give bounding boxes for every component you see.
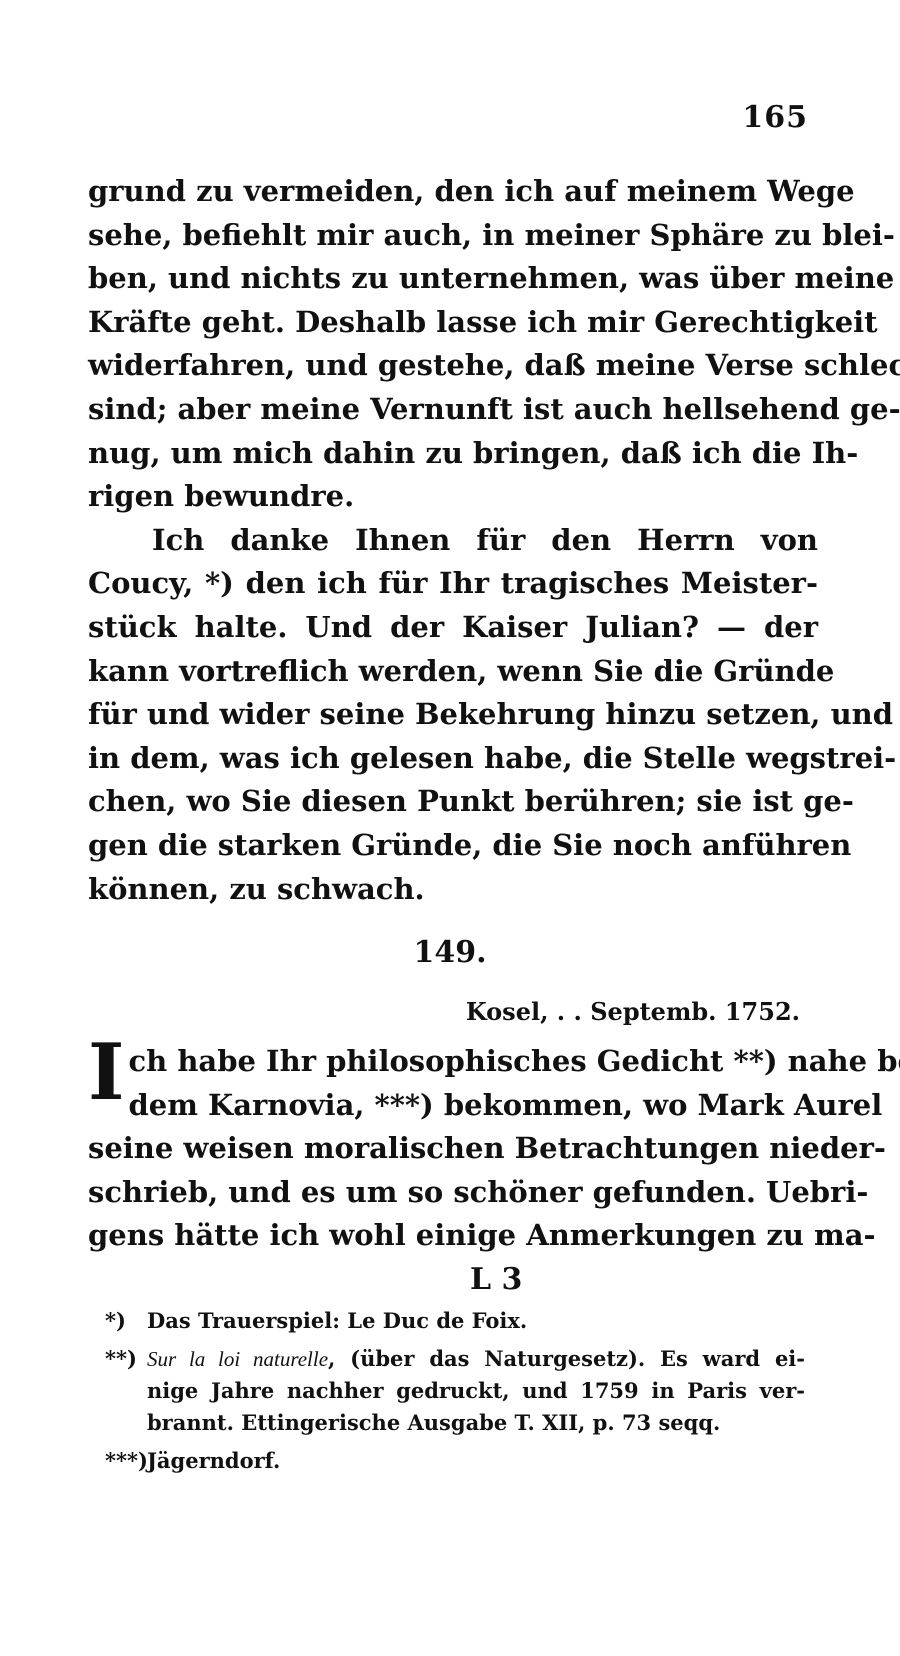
footnote-marker: ***) <box>105 1445 148 1477</box>
footnote-line: brannt. Ettingerische Ausgabe T. XII, p.… <box>147 1407 805 1439</box>
footnote-3: ***) Jägerndorf. <box>105 1445 805 1477</box>
text-line: für und wider seine Bekehrung hinzu setz… <box>88 693 818 737</box>
footnote-line: Sur la loi naturelle, (über das Naturges… <box>147 1343 805 1375</box>
text-line: dem Karnovia, ***) bekommen, wo Mark Aur… <box>88 1084 818 1128</box>
text-line: gen die starken Gründe, die Sie noch anf… <box>88 824 818 868</box>
text-line: sind; aber meine Vernunft ist auch hells… <box>88 388 818 432</box>
text-line: Kräfte geht. Deshalb lasse ich mir Gerec… <box>88 301 818 345</box>
page-number: 165 <box>742 100 808 135</box>
text-line: seine weisen moralischen Betrachtungen n… <box>88 1127 818 1171</box>
footnote-text: , (über das Naturgesetz). Es ward ei- <box>328 1346 805 1371</box>
text-line: gens hätte ich wohl einige Anmerkungen z… <box>88 1214 818 1258</box>
footnote-2: **) Sur la loi naturelle, (über das Natu… <box>105 1343 805 1439</box>
text-line: schrieb, und es um so schöner gefunden. … <box>88 1171 818 1215</box>
signature-mark: L 3 <box>470 1262 522 1297</box>
footnote-title: Sur la loi naturelle <box>147 1347 328 1371</box>
footnote-line: Das Trauerspiel: Le Duc de Foix. <box>147 1305 805 1337</box>
text-line: sehe, befiehlt mir auch, in meiner Sphär… <box>88 214 818 258</box>
drop-cap: I <box>88 1038 125 1108</box>
text-line: nug, um mich dahin zu bringen, daß ich d… <box>88 432 818 476</box>
footnote-1: *) Das Trauerspiel: Le Duc de Foix. <box>105 1305 805 1337</box>
letter-body: I ch habe Ihr philosophisches Gedicht **… <box>88 1040 818 1258</box>
text-line: Ich danke Ihnen für den Herrn von <box>88 519 818 563</box>
footnote-marker: **) <box>105 1343 137 1375</box>
letter-number: 149. <box>0 935 900 970</box>
text-line: widerfahren, und gestehe, daß meine Vers… <box>88 344 818 388</box>
text-line: können, zu schwach. <box>88 868 818 912</box>
text-line: grund zu vermeiden, den ich auf meinem W… <box>88 170 818 214</box>
footnote-marker: *) <box>105 1305 126 1337</box>
text-line: stück halte. Und der Kaiser Julian? — de… <box>88 606 818 650</box>
footnote-line: Jägerndorf. <box>147 1445 805 1477</box>
text-line: chen, wo Sie diesen Punkt berühren; sie … <box>88 780 818 824</box>
text-line: ben, und nichts zu unternehmen, was über… <box>88 257 818 301</box>
book-page: 165 grund zu vermeiden, den ich auf mein… <box>0 0 900 1656</box>
text-line: Coucy, *) den ich für Ihr tragisches Mei… <box>88 562 818 606</box>
footnotes: *) Das Trauerspiel: Le Duc de Foix. **) … <box>105 1305 805 1483</box>
letter-dateline: Kosel, . . Septemb. 1752. <box>466 997 800 1026</box>
footnote-line: nige Jahre nachher gedruckt, und 1759 in… <box>147 1375 805 1407</box>
text-line: in dem, was ich gelesen habe, die Stelle… <box>88 737 818 781</box>
text-line: rigen bewundre. <box>88 475 818 519</box>
text-line: kann vortreflich werden, wenn Sie die Gr… <box>88 650 818 694</box>
text-line: ch habe Ihr philosophisches Gedicht **) … <box>88 1040 818 1084</box>
continuation-text: grund zu vermeiden, den ich auf meinem W… <box>88 170 818 911</box>
